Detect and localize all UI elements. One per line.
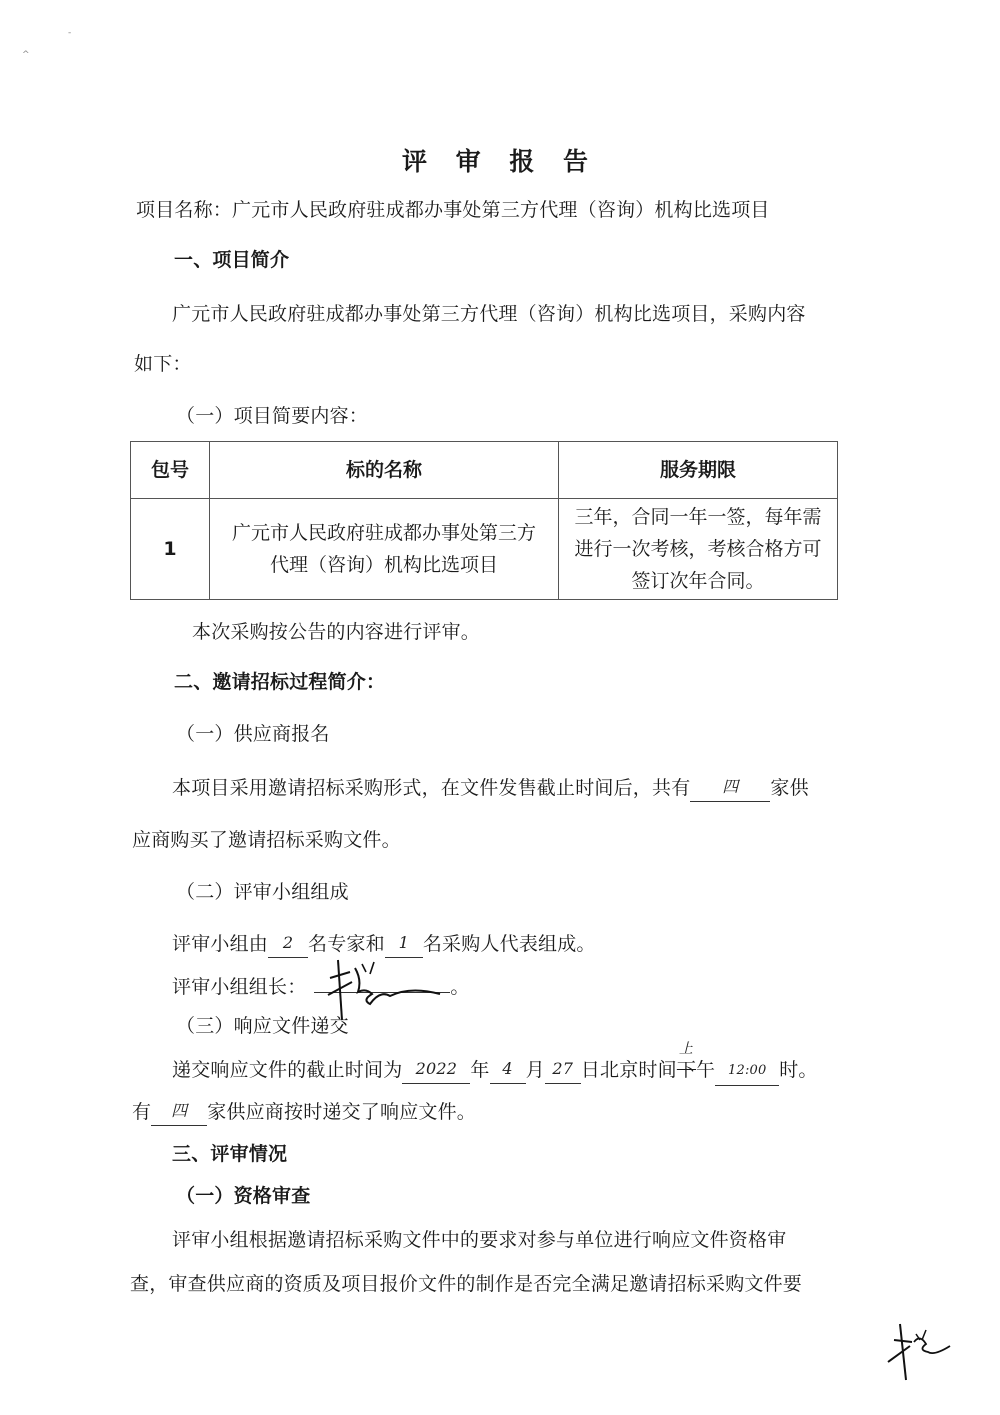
project-name: 广元市人民政府驻成都办事处第三方代理（咨询）机构比选项目 — [232, 199, 770, 221]
period-line3: 签订次年合同。 — [565, 565, 831, 597]
handwritten-value: 12:00 — [728, 1063, 766, 1078]
handwritten-value: 四 — [171, 1101, 187, 1120]
section3-heading: 三、评审情况 — [172, 1142, 287, 1166]
year-field: 2022 — [402, 1058, 470, 1084]
text-fragment: 有 — [132, 1101, 151, 1123]
section1-intro-line2: 如下： — [134, 352, 192, 376]
supplier-purchase-line1: 本项目采用邀请招标采购形式，在文件发售截止时间后，共有四家供 — [172, 776, 809, 802]
supplier-purchase-line2: 应商购买了邀请招标采购文件。 — [132, 828, 401, 852]
submitted-count-field: 四 — [151, 1100, 207, 1126]
struck-text: 下 — [677, 1059, 696, 1081]
cell-service-period: 三年，合同一年一签，每年需 进行一次考核，考核合格方可 签订次年合同。 — [559, 499, 838, 600]
section2-heading: 二、邀请招标过程简介： — [174, 670, 385, 694]
section2-sub1-heading: （一）供应商报名 — [176, 722, 330, 746]
table-header-row: 包号 标的名称 服务期限 — [131, 442, 838, 499]
text-fragment: 时。 — [779, 1059, 817, 1081]
section1-heading: 一、项目简介 — [174, 248, 289, 272]
scan-speck: - — [68, 28, 71, 38]
text-fragment: 午 — [696, 1059, 715, 1081]
after-table-text: 本次采购按公告的内容进行评审。 — [192, 620, 480, 644]
time-field: 12:00 — [715, 1058, 779, 1086]
cell-item-name: 广元市人民政府驻成都办事处第三方 代理（咨询）机构比选项目 — [210, 499, 559, 600]
section2-sub3-heading: （三）响应文件递交 — [176, 1014, 349, 1038]
handwritten-value: 2022 — [416, 1059, 458, 1078]
handwritten-value: 4 — [502, 1059, 512, 1078]
text-fragment: 家供 — [770, 777, 808, 799]
text-fragment: 月 — [526, 1059, 545, 1081]
am-pm-corrected: 下上 — [677, 1059, 696, 1081]
text-fragment: 递交响应文件的截止时间为 — [172, 1059, 402, 1081]
header-package-no: 包号 — [131, 442, 210, 499]
header-service-period: 服务期限 — [559, 442, 838, 499]
section1-intro-line1: 广元市人民政府驻成都办事处第三方代理（咨询）机构比选项目，采购内容 — [172, 302, 806, 326]
table-row: 1 广元市人民政府驻成都办事处第三方 代理（咨询）机构比选项目 三年，合同一年一… — [131, 499, 838, 600]
item-name-line2: 代理（咨询）机构比选项目 — [216, 549, 552, 581]
leader-label: 评审小组组长： — [172, 976, 306, 998]
handwritten-correction: 上 — [679, 1037, 693, 1061]
cell-package-no: 1 — [131, 499, 210, 600]
section1-subheading: （一）项目简要内容： — [176, 404, 368, 428]
section3-sub1-heading: （一）资格审查 — [176, 1184, 310, 1208]
handwritten-value: 27 — [552, 1059, 573, 1078]
period-line1: 三年，合同一年一签，每年需 — [565, 501, 831, 533]
item-name-line1: 广元市人民政府驻成都办事处第三方 — [216, 517, 552, 549]
text-fragment: 本项目采用邀请招标采购形式，在文件发售截止时间后，共有 — [172, 777, 690, 799]
submitted-line: 有四家供应商按时递交了响应文件。 — [132, 1100, 476, 1126]
handwritten-value: 2 — [283, 933, 293, 952]
project-table: 包号 标的名称 服务期限 1 广元市人民政府驻成都办事处第三方 代理（咨询）机构… — [130, 441, 838, 600]
supplier-count-field: 四 — [690, 776, 770, 802]
day-field: 27 — [545, 1058, 581, 1084]
scan-speck: ^ — [22, 50, 30, 60]
text-fragment: 家供应商按时递交了响应文件。 — [207, 1101, 476, 1123]
text-fragment: 年 — [470, 1059, 489, 1081]
section2-sub2-heading: （二）评审小组组成 — [176, 880, 349, 904]
deadline-line: 递交响应文件的截止时间为2022年4月27日北京时间下上午12:00时。 — [172, 1058, 818, 1086]
section3-para-line1: 评审小组根据邀请招标采购文件中的要求对参与单位进行响应文件资格审 — [172, 1228, 786, 1252]
document-title: 评 审 报 告 — [0, 142, 1000, 178]
page-corner-signature — [880, 1318, 970, 1398]
project-name-label: 项目名称： — [136, 199, 232, 221]
section3-para-line2: 查，审查供应商的资质及项目报价文件的制作是否完全满足邀请招标采购文件要 — [130, 1272, 802, 1296]
text-fragment: 评审小组由 — [172, 933, 268, 955]
project-name-line: 项目名称：广元市人民政府驻成都办事处第三方代理（咨询）机构比选项目 — [136, 198, 770, 222]
text-fragment: 日北京时间 — [581, 1059, 677, 1081]
header-item-name: 标的名称 — [210, 442, 559, 499]
month-field: 4 — [490, 1058, 526, 1084]
period-line2: 进行一次考核，考核合格方可 — [565, 533, 831, 565]
handwritten-value: 四 — [722, 777, 738, 796]
